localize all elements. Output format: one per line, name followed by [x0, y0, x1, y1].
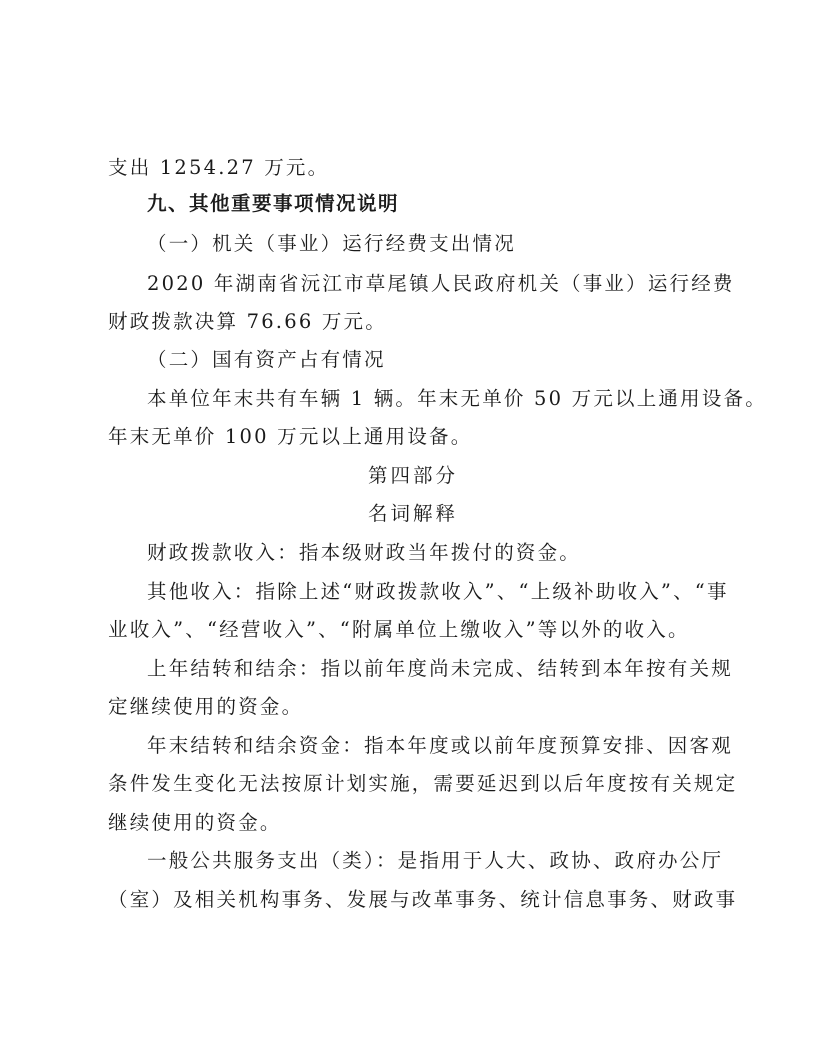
subsection-heading: （二）国有资产占有情况	[147, 348, 718, 372]
subsection-heading: （一）机关（事业）运行经费支出情况	[147, 232, 718, 256]
definition-line: 上年结转和结余：指以前年度尚未完成、结转到本年按有关规	[147, 657, 718, 681]
text-line: 定继续使用的资金。	[108, 695, 718, 719]
text-line: （室）及相关机构事务、发展与改革事务、统计信息事务、财政事	[108, 888, 718, 912]
section-heading: 九、其他重要事项情况说明	[147, 192, 718, 216]
text-line: 本单位年末共有车辆 1 辆。年末无单价 50 万元以上通用设备。	[147, 387, 718, 411]
text-line: 年末无单价 100 万元以上通用设备。	[108, 425, 718, 449]
document-page: 支出 1254.27 万元。 九、其他重要事项情况说明 （一）机关（事业）运行经…	[0, 0, 815, 1055]
text-line: 支出 1254.27 万元。	[108, 156, 718, 180]
text-line: 财政拨款决算 76.66 万元。	[108, 310, 718, 334]
text-line: 继续使用的资金。	[108, 811, 718, 835]
text-line: 2020 年湖南省沅江市草尾镇人民政府机关（事业）运行经费	[147, 272, 718, 296]
part-title: 第四部分	[108, 464, 718, 488]
definition-line: 其他收入：指除上述“财政拨款收入”、“上级补助收入”、“事	[147, 580, 718, 604]
text-line: 条件发生变化无法按原计划实施，需要延迟到以后年度按有关规定	[108, 772, 718, 796]
definition-line: 财政拨款收入：指本级财政当年拨付的资金。	[147, 541, 718, 565]
part-subtitle: 名词解释	[108, 502, 718, 526]
definition-line: 年末结转和结余资金：指本年度或以前年度预算安排、因客观	[147, 734, 718, 758]
definition-line: 一般公共服务支出（类）：是指用于人大、政协、政府办公厅	[147, 849, 718, 873]
text-line: 业收入”、“经营收入”、“附属单位上缴收入”等以外的收入。	[108, 618, 718, 642]
